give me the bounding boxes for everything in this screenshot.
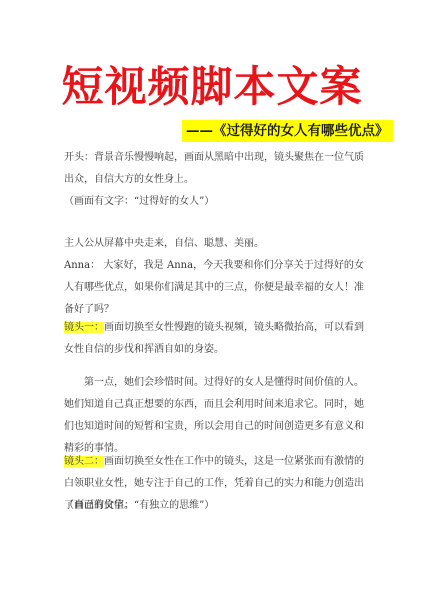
document-title: 短视频脚本文案 <box>0 62 424 112</box>
shot-description: 画面切换至女性慢跑的镜头视频，镜头略微抬高，可以看到女性自信的步伐和挥洒自如的身… <box>64 322 364 355</box>
subtitle-container: ——《过得好的女人有哪些优点》 <box>182 120 393 142</box>
paragraph-text: 第一点，她们会珍惜时间。过得好的女人是懂得时间价值的人。她们知道自己真正想要的东… <box>64 372 364 460</box>
shot-label-highlight: 镜头二： <box>64 456 104 467</box>
paragraph-anna-intro: Anna： 大家好，我是 Anna，今天我要和你们分享关于过得好的女人有哪些优点… <box>64 255 364 321</box>
paragraph-text: 主人公从屏幕中央走来，自信、聪慧、美丽。 <box>64 233 364 255</box>
paragraph-opening: 开头：背景音乐慢慢响起，画面从黑暗中出现，镜头聚焦在一位气质出众，自信大方的女性… <box>64 147 364 191</box>
paragraph-point-1: 第一点，她们会珍惜时间。过得好的女人是懂得时间价值的人。她们知道自己真正想要的东… <box>64 372 364 460</box>
paragraph-text: 镜头一：画面切换至女性慢跑的镜头视频，镜头略微抬高，可以看到女性自信的步伐和挥洒… <box>64 317 364 361</box>
paragraph-shot-1: 镜头一：画面切换至女性慢跑的镜头视频，镜头略微抬高，可以看到女性自信的步伐和挥洒… <box>64 317 364 361</box>
document-subtitle: ——《过得好的女人有哪些优点》 <box>182 120 393 142</box>
document-page: 短视频脚本文案 ——《过得好的女人有哪些优点》 开头：背景音乐慢慢响起，画面从黑… <box>0 0 424 600</box>
paragraph-protagonist: 主人公从屏幕中央走来，自信、聪慧、美丽。 <box>64 233 364 255</box>
shot-label-highlight: 镜头一： <box>64 322 104 333</box>
paragraph-text: 开头：背景音乐慢慢响起，画面从黑暗中出现，镜头聚焦在一位气质出众，自信大方的女性… <box>64 147 364 191</box>
paragraph-text: （画面有文字：“过得好的女人”） <box>64 191 364 213</box>
paragraph-caption-2: （画面有文字：“有独立的思维”） <box>64 495 364 517</box>
paragraph-text: Anna： 大家好，我是 Anna，今天我要和你们分享关于过得好的女人有哪些优点… <box>64 255 364 321</box>
paragraph-text: （画面有文字：“有独立的思维”） <box>64 495 364 517</box>
paragraph-caption-1: （画面有文字：“过得好的女人”） <box>64 191 364 213</box>
